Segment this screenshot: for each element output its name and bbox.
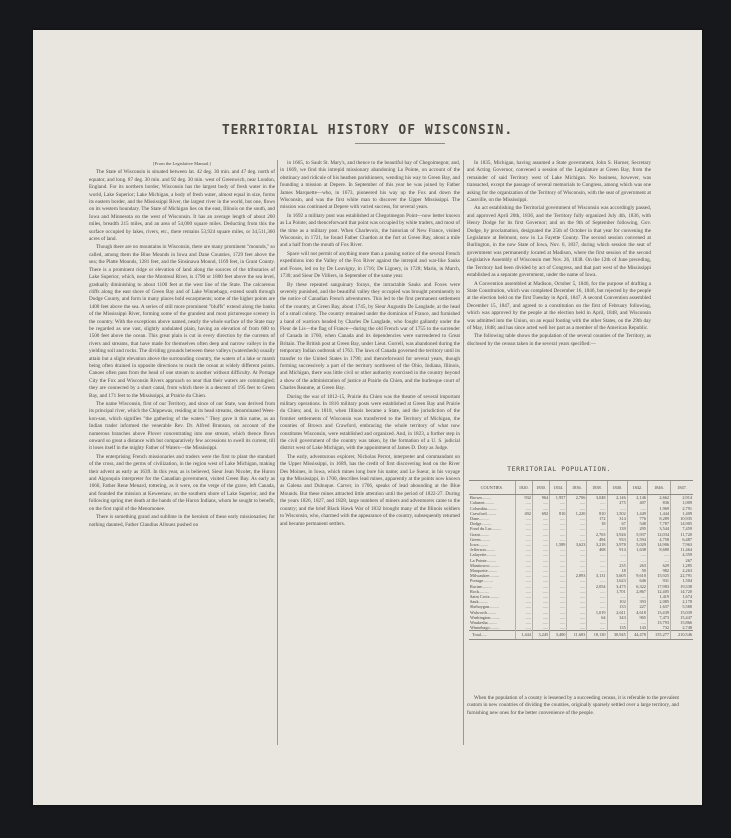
column-3-paragraphs: In 1835, Michigan, having assumed a Stat… bbox=[467, 160, 651, 348]
column-header: 1840. bbox=[607, 481, 627, 495]
column-1-paragraphs: The State of Wisconsin is situated betwe… bbox=[89, 169, 275, 529]
column-header: 1830. bbox=[532, 481, 549, 495]
paragraph: in 1665, to Sault St. Mary's, and thence… bbox=[280, 160, 460, 212]
text-column-3: In 1835, Michigan, having assumed a Stat… bbox=[467, 160, 651, 349]
paragraph: During the war of 1812-15, Prairie du Ch… bbox=[280, 394, 460, 453]
closing-paragraph: When the population of a county is lesse… bbox=[467, 695, 679, 717]
title-divider bbox=[355, 143, 445, 144]
county-name: Total...... bbox=[469, 631, 515, 639]
paragraph: In 1692 a military post was established … bbox=[280, 213, 460, 250]
column-header: 1834. bbox=[550, 481, 567, 495]
column-header: 1838. bbox=[587, 481, 607, 495]
paragraph: The early, adventurous explorer, Nichola… bbox=[280, 454, 460, 528]
paragraph: The State of Wisconsin is situated betwe… bbox=[89, 169, 275, 243]
paragraph: Though there are no mountains in Wiscons… bbox=[89, 244, 275, 400]
text-column-2: in 1665, to Sault St. Mary's, and thence… bbox=[280, 160, 460, 529]
paragraph: The name Wisconsin, first of our Territo… bbox=[89, 401, 275, 453]
text-column-1: [From the Legislative Manual.] The State… bbox=[89, 160, 275, 530]
population-cell: 1,444 bbox=[515, 631, 532, 639]
paragraph: The following table shows the population… bbox=[467, 333, 651, 348]
table-body: Brown.........9329641,9572,7063,0482,146… bbox=[469, 495, 693, 639]
table-total-row: Total......1,4443,2453,40011,68318,13030… bbox=[469, 631, 693, 639]
paragraph: A Convention assembled at Madison, Octob… bbox=[467, 281, 651, 333]
table-header-row: COUNTIES.1820.1830.1834.1836.1838.1840.1… bbox=[469, 481, 693, 495]
document-page: TERRITORIAL HISTORY OF WISCONSIN. [From … bbox=[33, 30, 702, 805]
population-cell: 3,245 bbox=[532, 631, 549, 639]
column-header: 1836. bbox=[567, 481, 587, 495]
column-header: 1846. bbox=[647, 481, 670, 495]
population-cell: 3,400 bbox=[550, 631, 567, 639]
population-cell: 210,546 bbox=[671, 631, 693, 639]
paragraph: By these repeated sanguinary forays, the… bbox=[280, 282, 460, 393]
population-table: COUNTIES.1820.1830.1834.1836.1838.1840.1… bbox=[469, 480, 693, 640]
table-title: TERRITORIAL POPULATION. bbox=[467, 465, 651, 473]
closing-text: When the population of a county is lesse… bbox=[467, 695, 679, 717]
population-cell: 155,277 bbox=[647, 631, 670, 639]
column-divider bbox=[463, 160, 464, 745]
page-title: TERRITORIAL HISTORY OF WISCONSIN. bbox=[33, 123, 702, 138]
population-cell: 44,478 bbox=[627, 631, 647, 639]
source-note: [From the Legislative Manual.] bbox=[89, 160, 275, 167]
population-cell: 18,130 bbox=[587, 631, 607, 639]
column-header: 1842. bbox=[627, 481, 647, 495]
paragraph: An act establishing the Territorial gove… bbox=[467, 205, 651, 279]
column-2-paragraphs: in 1665, to Sault St. Mary's, and thence… bbox=[280, 160, 460, 528]
column-header: COUNTIES. bbox=[469, 481, 515, 495]
column-header: 1820. bbox=[515, 481, 532, 495]
column-divider bbox=[277, 160, 278, 745]
paragraph: The enterprising French missionaries and… bbox=[89, 454, 275, 513]
population-cell: 11,683 bbox=[567, 631, 587, 639]
column-header: 1847. bbox=[671, 481, 693, 495]
paragraph: There is something grand and sublime in … bbox=[89, 514, 275, 529]
population-cell: 30,945 bbox=[607, 631, 627, 639]
paragraph: Space will not permit of anything more t… bbox=[280, 251, 460, 281]
paragraph: In 1835, Michigan, having assumed a Stat… bbox=[467, 160, 651, 204]
